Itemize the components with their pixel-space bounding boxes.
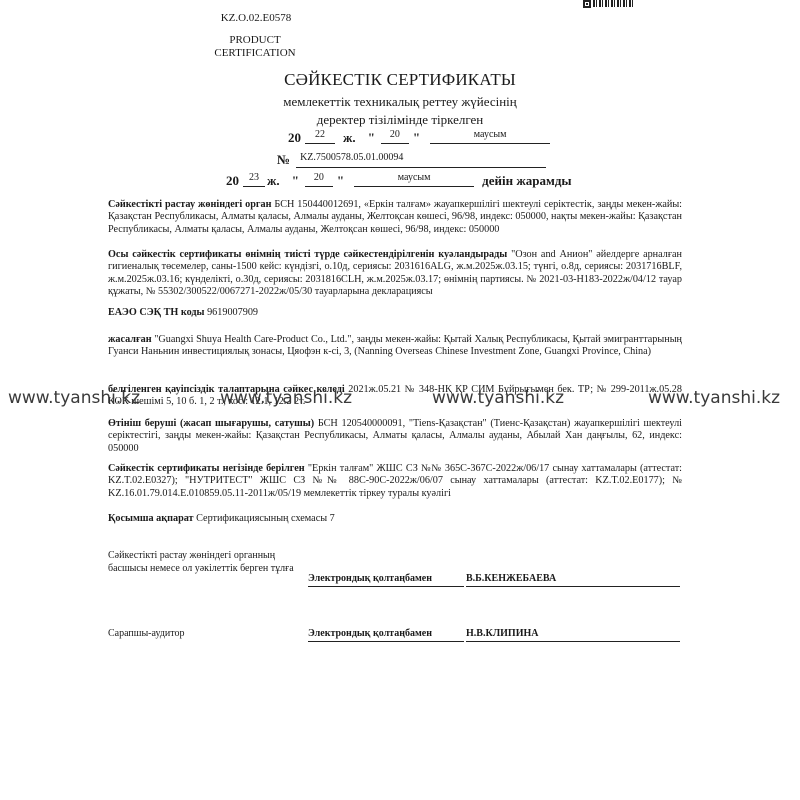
valid-until-date: 20 23 ж. " 20 " маусым дейін жарамды — [226, 173, 572, 189]
number-sign: № — [277, 152, 290, 168]
certificate-number-value: KZ.7500578.05.01.00094 — [296, 151, 546, 168]
reg-month: маусым — [430, 128, 550, 144]
basis-label: Сәйкестік сертификаты негізінде берілген — [108, 463, 305, 474]
signature-name-1: В.Б.КЕНЖЕБАЕВА — [466, 573, 680, 587]
valid-year: 23 — [243, 171, 265, 187]
reg-day: 20 — [381, 128, 409, 144]
valid-open-quote: " — [292, 173, 299, 189]
reg-century: 20 — [288, 130, 301, 146]
qr-code-icon — [583, 0, 635, 8]
reg-year: 22 — [305, 128, 335, 144]
section-applicant: Өтініш беруші (жасап шығарушы, сатушы) Б… — [108, 418, 682, 455]
additional-info-text: Сертификациясының схемасы 7 — [196, 513, 335, 524]
valid-until-label: дейін жарамды — [482, 173, 571, 189]
section-additional-info: Қосымша ақпарат Сертификациясының схемас… — [108, 513, 682, 525]
signature-method-2: Электрондық қолтаңбамен — [308, 628, 464, 642]
qr-finder-pattern — [583, 0, 591, 8]
watermark: www.tyanshi.kz — [432, 388, 564, 408]
section-tn-code: ЕАЭО СЭҚ ТН коды 9619007909 — [108, 307, 682, 319]
watermark: www.tyanshi.kz — [8, 388, 140, 408]
valid-close-quote: " — [337, 173, 344, 189]
signature-name-2: Н.В.КЛИПИНА — [466, 628, 680, 642]
certification-body-label: Сәйкестікті растау жөніндегі орган — [108, 199, 271, 210]
tn-code-label: ЕАЭО СЭҚ ТН коды — [108, 307, 205, 318]
qr-modules — [593, 0, 635, 7]
manufacturer-label: жасалған — [108, 334, 152, 345]
certificate-title: СӘЙКЕСТІК СЕРТИФИКАТЫ — [200, 70, 600, 90]
valid-year-suffix: ж. — [267, 173, 280, 189]
section-basis: Сәйкестік сертификаты негізінде берілген… — [108, 463, 682, 500]
certificate-subtitle-2: деректер тізілімінде тіркелген — [200, 112, 600, 128]
product-certification-line2: CERTIFICATION — [205, 47, 305, 60]
manufacturer-text: "Guangxi Shuya Health Care-Product Co., … — [108, 334, 682, 357]
product-label: Осы сәйкестік сертификаты өнімнің тиісті… — [108, 249, 507, 260]
reg-year-suffix: ж. — [343, 130, 356, 146]
signature-role-2: Сарапшы-аудитор — [108, 628, 298, 641]
product-certification-mark: PRODUCT CERTIFICATION — [205, 34, 305, 60]
section-manufacturer: жасалған "Guangxi Shuya Health Care-Prod… — [108, 334, 682, 359]
watermark: www.tyanshi.kz — [220, 388, 352, 408]
accreditation-code: KZ.O.02.E0578 — [212, 12, 300, 24]
reg-close-quote: " — [413, 130, 420, 146]
applicant-label: Өтініш беруші (жасап шығарушы, сатушы) — [108, 418, 314, 429]
signature-method-1: Электрондық қолтаңбамен — [308, 573, 464, 587]
certificate-number: № KZ.7500578.05.01.00094 — [277, 151, 546, 168]
tn-code-value: 9619007909 — [207, 307, 258, 318]
registration-date: 20 22 ж. " 20 " маусым — [288, 130, 550, 146]
valid-day: 20 — [305, 171, 333, 187]
section-product: Осы сәйкестік сертификаты өнімнің тиісті… — [108, 249, 682, 299]
product-certification-line1: PRODUCT — [205, 34, 305, 47]
signature-role-1: Сәйкестікті растау жөніндегі органның ба… — [108, 550, 298, 575]
additional-info-label: Қосымша ақпарат — [108, 513, 194, 524]
section-certification-body: Сәйкестікті растау жөніндегі орган БСН 1… — [108, 199, 682, 236]
watermark: www.tyanshi.kz — [648, 388, 780, 408]
valid-century: 20 — [226, 173, 239, 189]
reg-open-quote: " — [368, 130, 375, 146]
certificate-subtitle-1: мемлекеттік техникалық реттеу жүйесінің — [200, 94, 600, 110]
section-requirements: белгіленген қауіпсіздік талаптарына сәйк… — [108, 384, 682, 409]
valid-month: маусым — [354, 171, 474, 187]
